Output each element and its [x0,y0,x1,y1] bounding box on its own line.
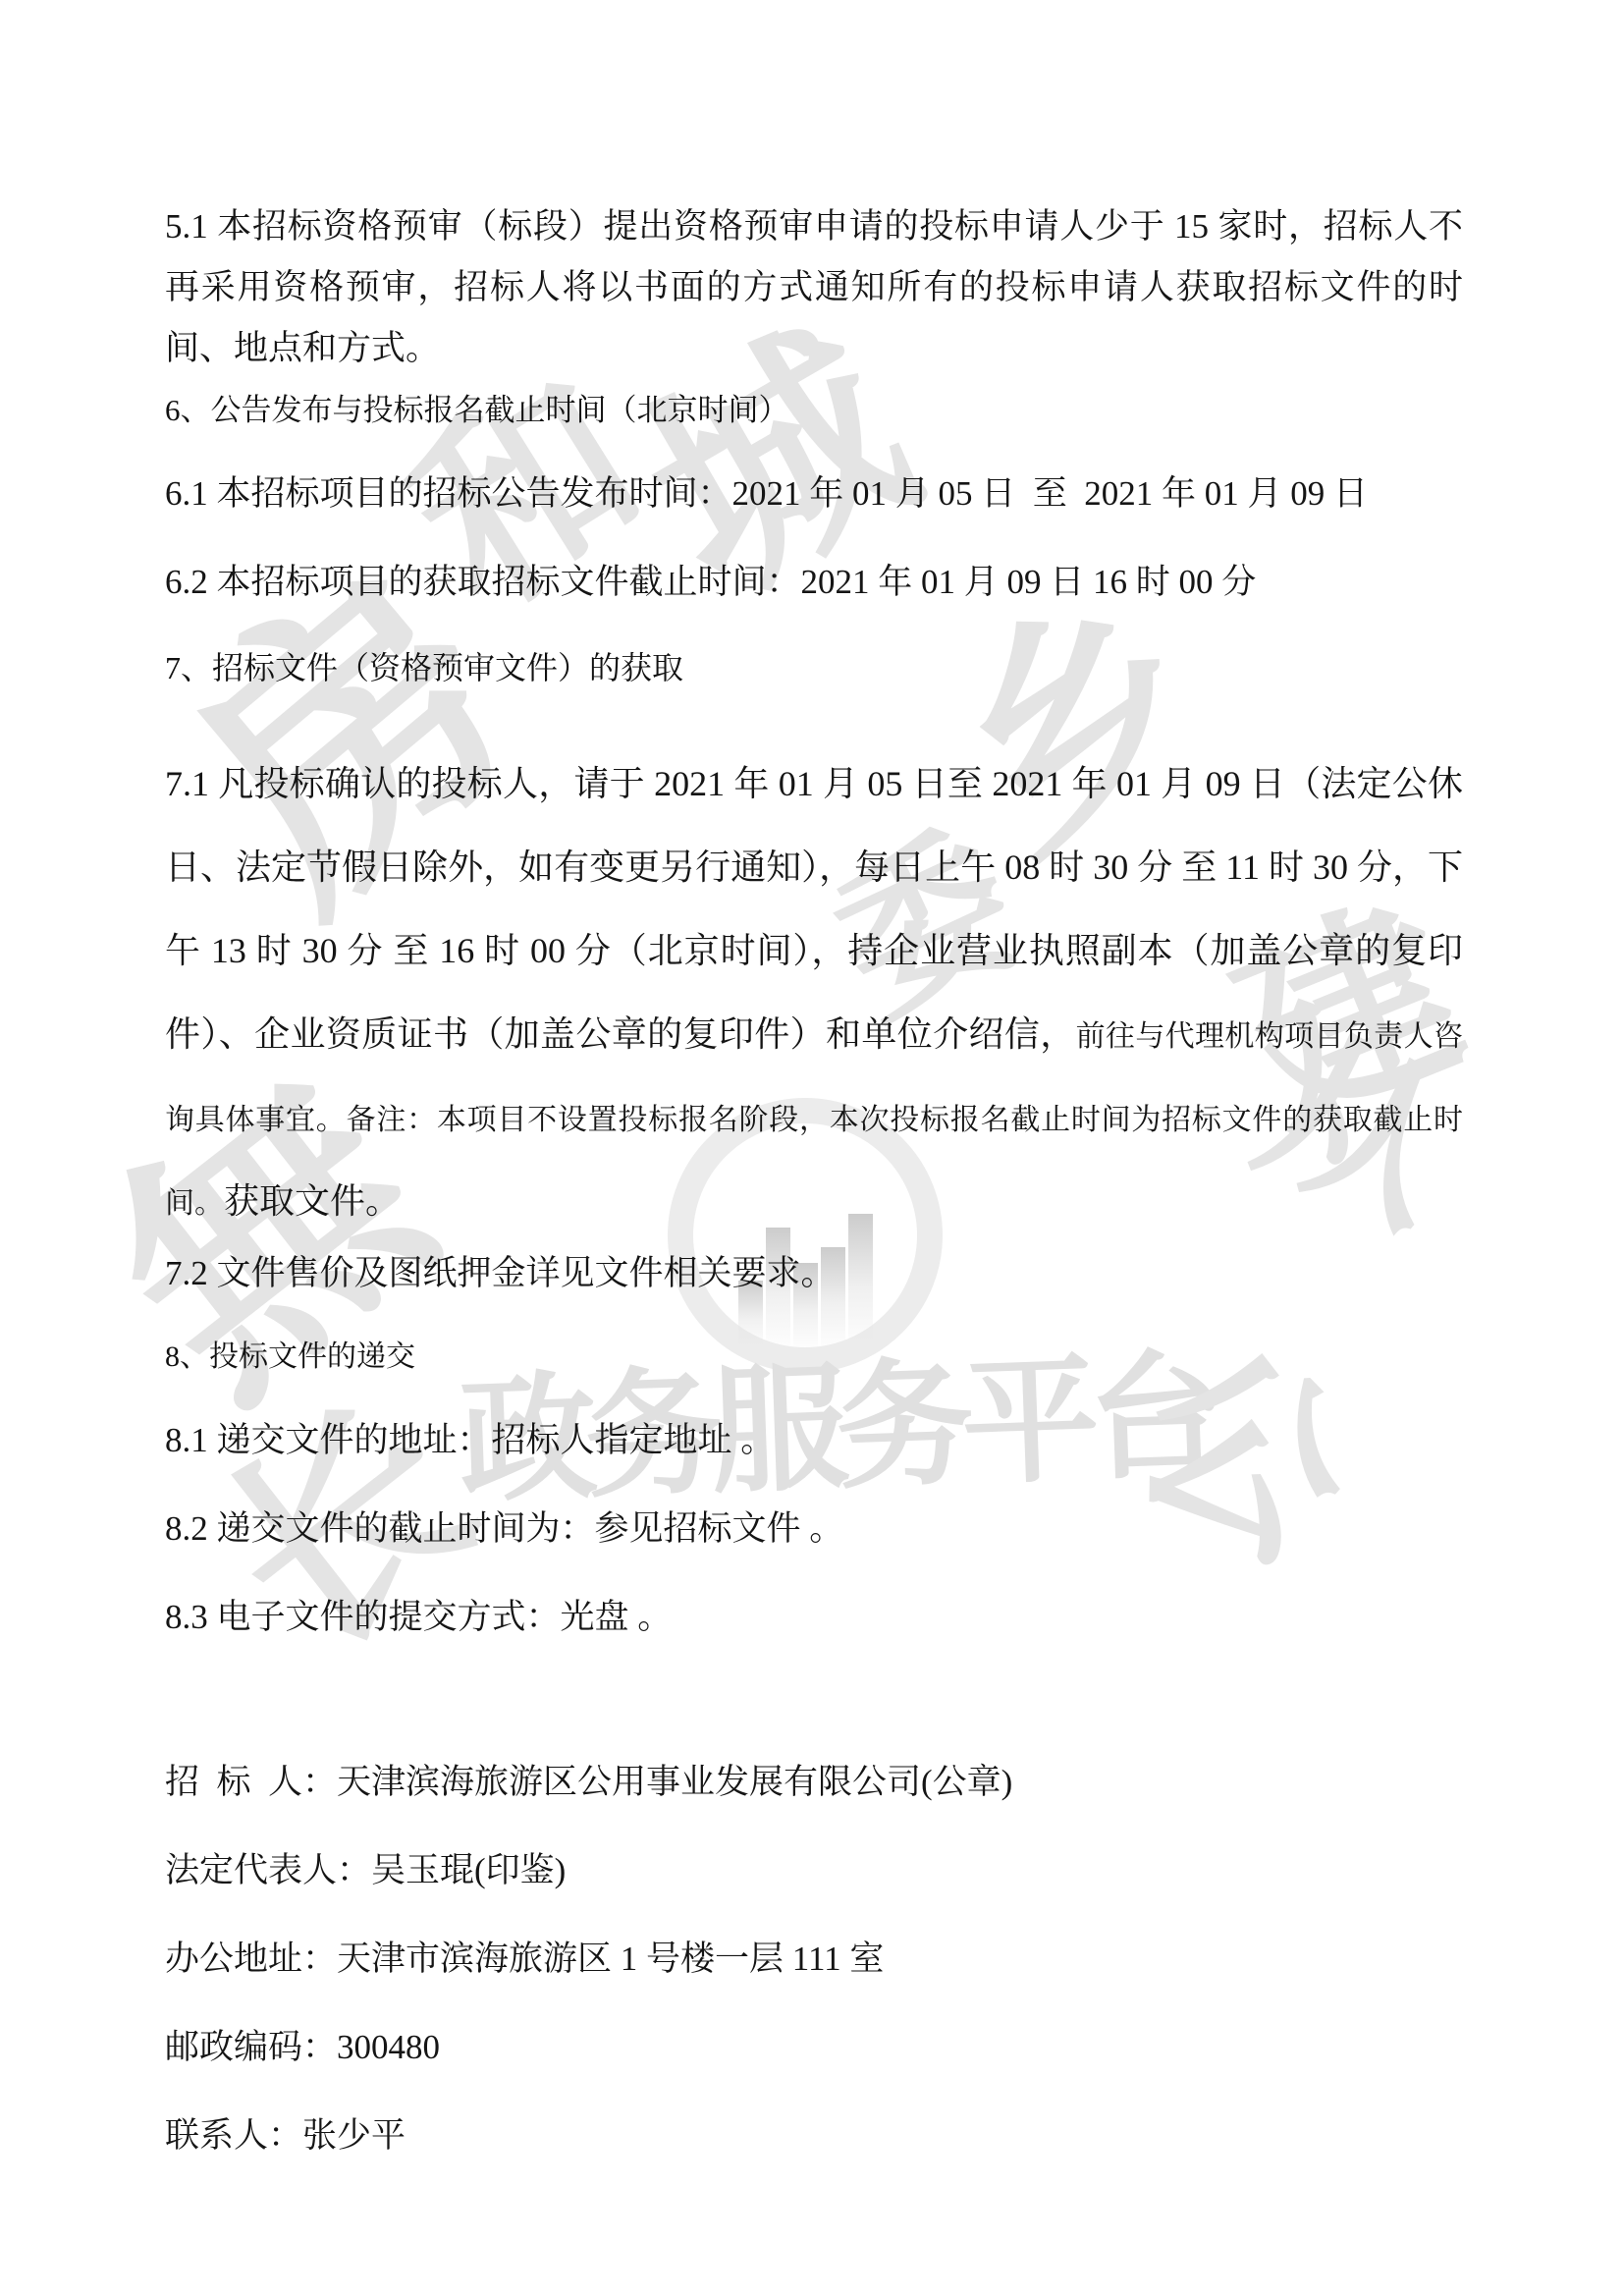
paragraph-7-1-main: 7.1 凡投标确认的投标人，请于 2021 年 01 月 05 日至 2021 … [165,764,1463,1054]
contact-office-address: 办公地址：天津市滨海旅游区 1 号楼一层 111 室 [165,1929,1463,1990]
paragraph-6-2: 6.2 本招标项目的获取招标文件截止时间：2021 年 01 月 09 日 16… [165,552,1463,613]
paragraph-8-1: 8.1 递交文件的地址：招标人指定地址 。 [165,1410,1463,1471]
paragraph-7-1: 7.1 凡投标确认的投标人，请于 2021 年 01 月 05 日至 2021 … [165,742,1463,1243]
section-heading-6: 6、公告发布与投标报名截止时间（北京时间） [165,387,1463,434]
paragraph-7-1-tail: 获取文件。 [224,1181,401,1221]
document-content: 5.1 本招标资格预审（标段）提出资格预审申请的投标申请人少于 15 家时，招标… [165,0,1463,2166]
paragraph-6-1: 6.1 本招标项目的招标公告发布时间：2021 年 01 月 05 日 至 20… [165,464,1463,524]
paragraph-5-1: 5.1 本招标资格预审（标段）提出资格预审申请的投标申请人少于 15 家时，招标… [165,196,1463,379]
contact-person: 联系人：张少平 [165,2105,1463,2166]
paragraph-8-3: 8.3 电子文件的提交方式：光盘 。 [165,1587,1463,1648]
document-page: 政务服务平台 房和城乡委建無长从公 5.1 本招标资格预审（标段）提出资格预审申… [0,0,1623,2296]
paragraph-7-2: 7.2 文件售价及图纸押金详见文件相关要求。 [165,1243,1463,1304]
contact-tenderer: 招 标 人：天津滨海旅游区公用事业发展有限公司(公章) [165,1752,1463,1813]
section-heading-8: 8、投标文件的递交 [165,1334,1463,1381]
contact-legal-representative: 法定代表人：吴玉琨(印鉴) [165,1840,1463,1901]
paragraph-8-2: 8.2 递交文件的截止时间为：参见招标文件 。 [165,1499,1463,1559]
section-heading-7: 7、招标文件（资格预审文件）的获取 [165,644,1463,691]
contact-postal-code: 邮政编码：300480 [165,2017,1463,2078]
